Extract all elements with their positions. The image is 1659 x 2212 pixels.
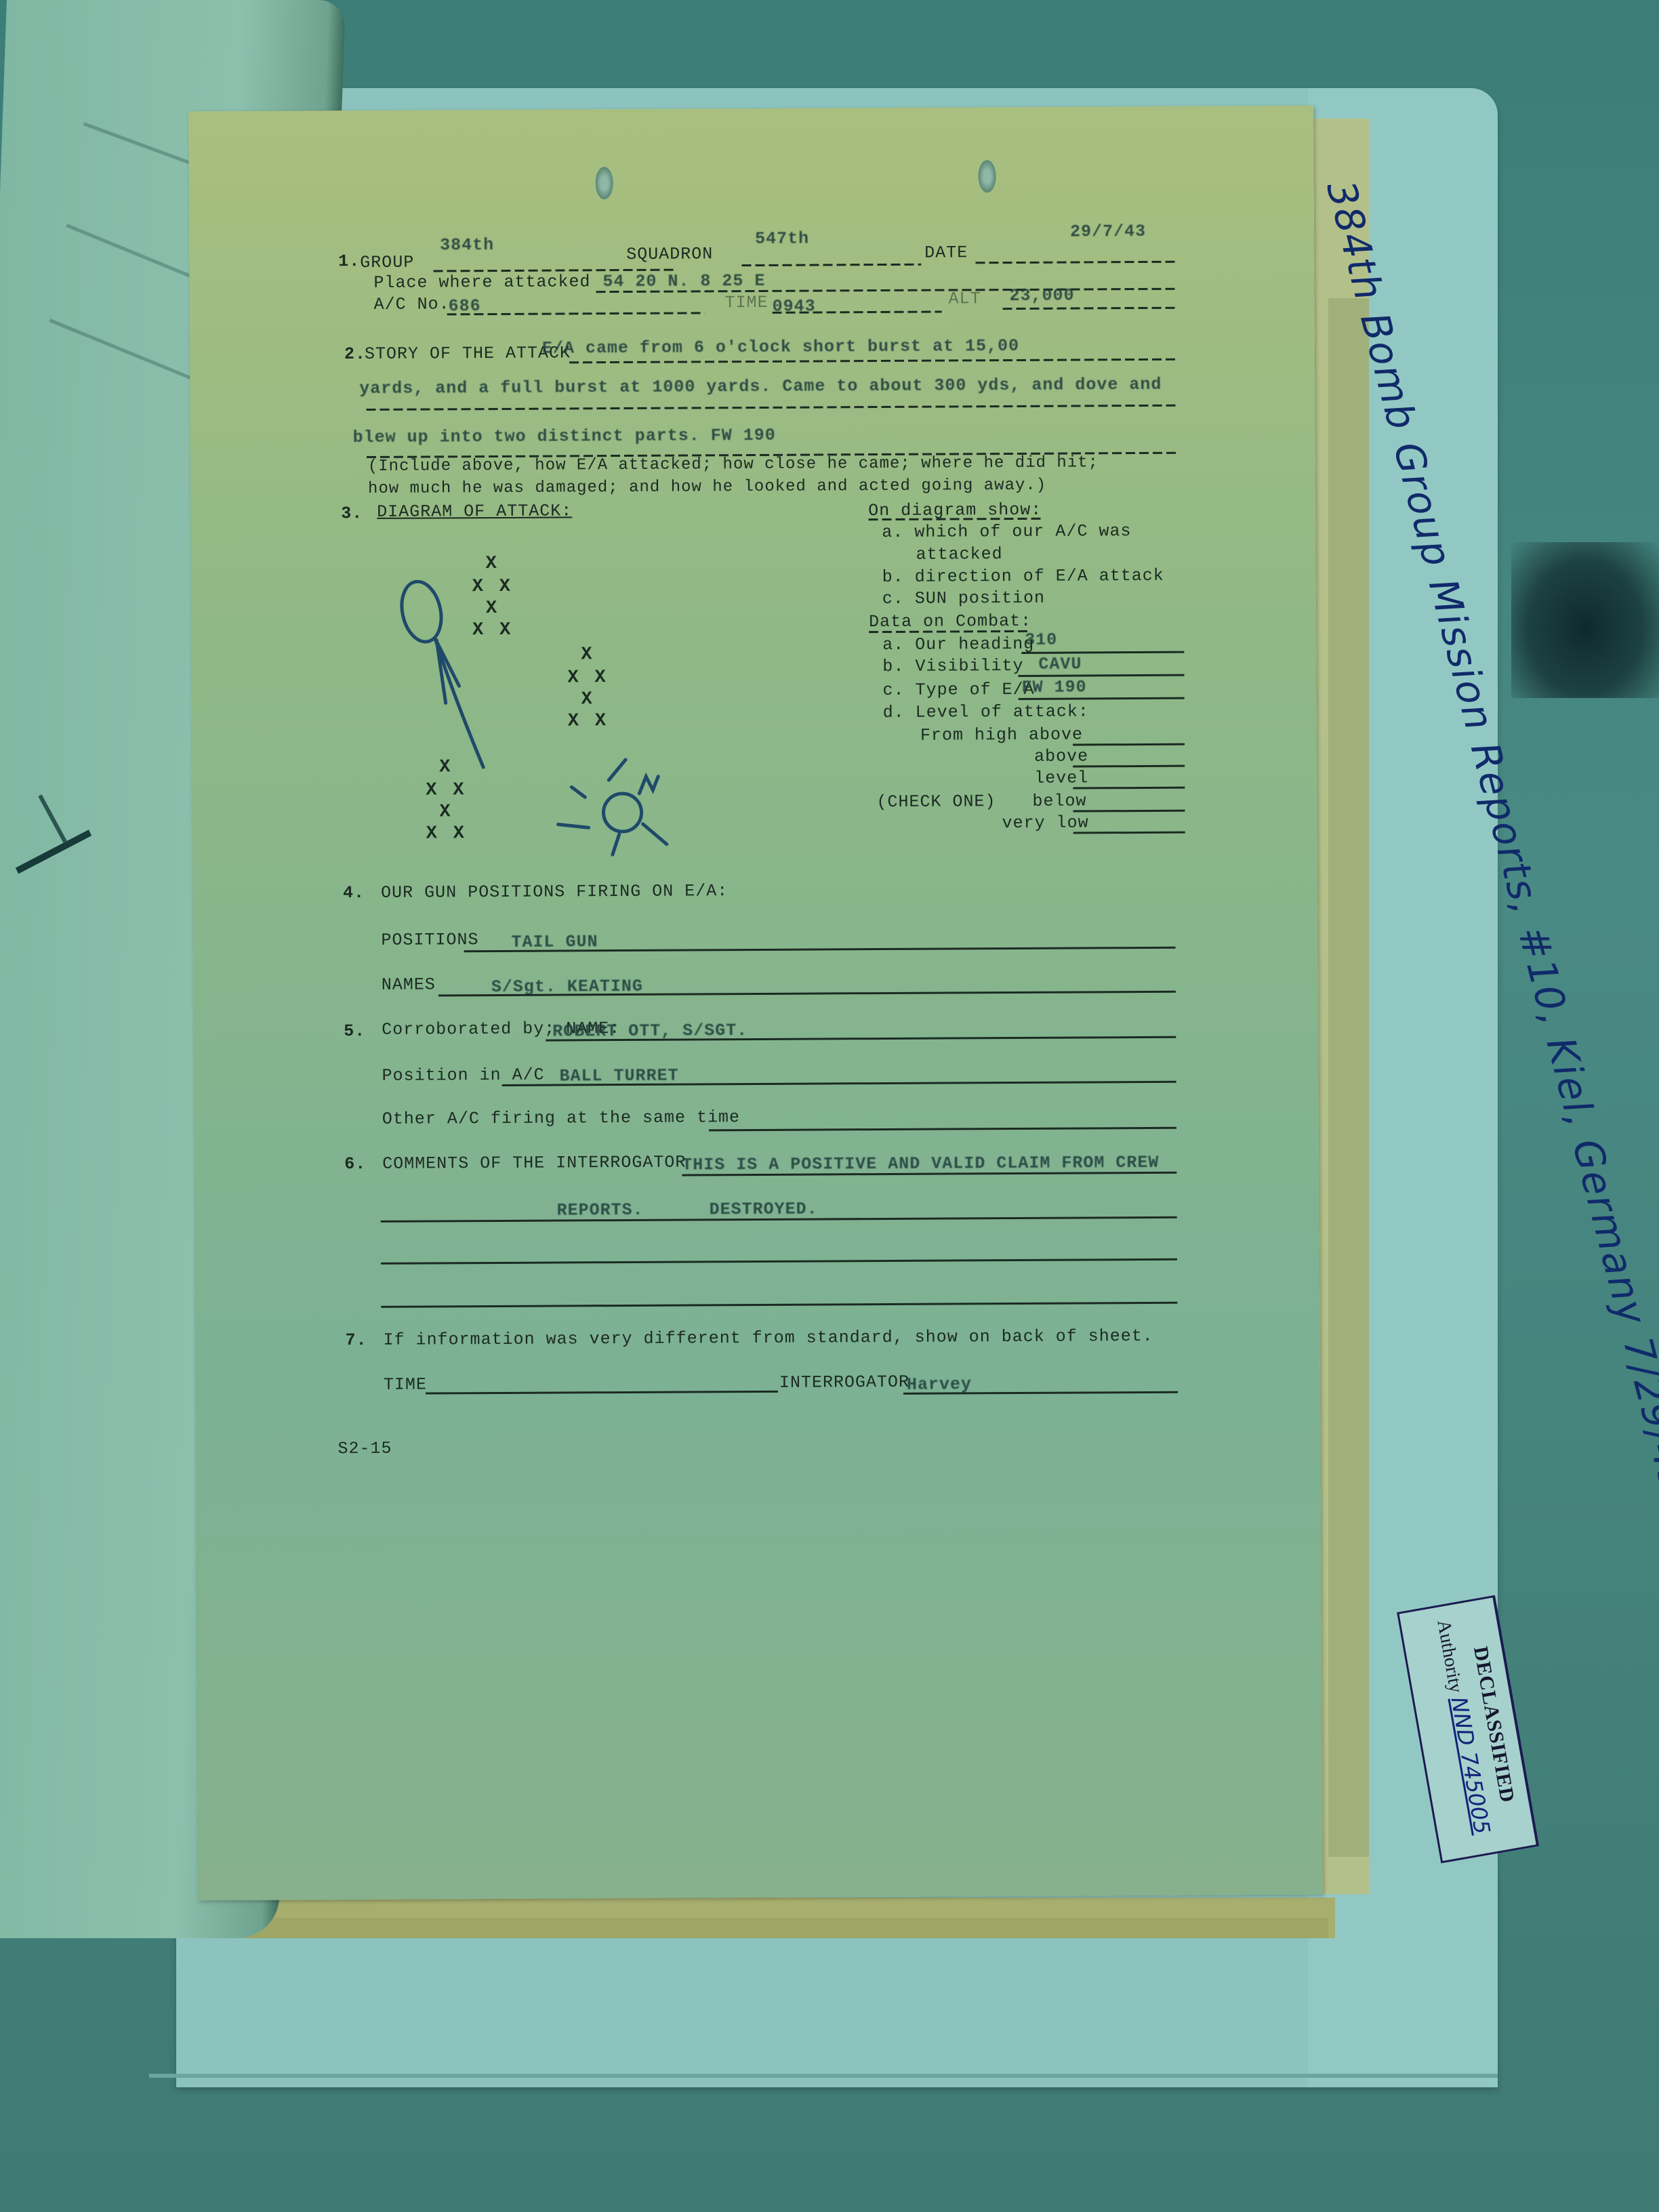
ea-type-value: FW 190 xyxy=(1021,677,1086,697)
diagram-item-a: a. which of our A/C was xyxy=(882,521,1131,542)
altitude-label: ALT xyxy=(948,289,981,308)
section-6-number: 6. xyxy=(344,1154,366,1174)
punch-hole xyxy=(596,167,613,199)
level-option-level: level xyxy=(1034,768,1088,787)
altitude-value: 23,000 xyxy=(1009,286,1074,306)
story-line-1: E/A came from 6 o'clock short burst at 1… xyxy=(542,336,1019,359)
diagram-label: DIAGRAM OF ATTACK: xyxy=(377,501,572,522)
interrogator-value: Harvey xyxy=(907,1374,972,1395)
visibility-value: CAVU xyxy=(1038,654,1082,674)
diagram-item-a-cont: attacked xyxy=(916,544,1002,565)
heading-label: a. Our heading xyxy=(882,634,1034,655)
story-line-3: blew up into two distinct parts. FW 190 xyxy=(353,426,776,447)
formation-aircraft-mark: X xyxy=(453,823,464,844)
cloth-stripe xyxy=(1511,542,1659,698)
heading-value: 310 xyxy=(1025,630,1057,650)
diagram-item-b: b. direction of E/A attack xyxy=(882,566,1164,587)
folder-edge xyxy=(149,2074,1498,2078)
section-1-number: 1. xyxy=(338,251,360,271)
level-option-above: above xyxy=(1034,746,1088,766)
squadron-value: 547th xyxy=(755,229,809,249)
formation-aircraft-mark: X xyxy=(439,802,450,822)
names-label: NAMES xyxy=(382,975,436,994)
date-label: DATE xyxy=(924,243,968,262)
squadron-label: SQUADRON xyxy=(626,244,713,264)
authority-label: Authority xyxy=(1433,1618,1466,1695)
level-option-below: below xyxy=(1032,791,1086,811)
formation-aircraft-mark: X xyxy=(581,689,592,710)
place-label: Place where attacked xyxy=(373,272,590,293)
place-value: 54 20 N. 8 25 E xyxy=(602,271,765,291)
formation-aircraft-mark: X xyxy=(499,577,510,597)
attack-direction-arrow xyxy=(435,638,483,767)
formation-aircraft-mark: X xyxy=(486,554,497,574)
interrogator-label: INTERROGATOR xyxy=(779,1372,909,1393)
positions-label: POSITIONS xyxy=(381,930,478,950)
formation-aircraft-mark: X xyxy=(567,668,578,688)
time-field-label: TIME xyxy=(384,1375,427,1395)
punch-hole xyxy=(978,160,996,192)
formation-aircraft-mark: X xyxy=(472,620,483,640)
level-label: d. Level of attack: xyxy=(883,701,1089,722)
formation-aircraft-mark: X xyxy=(472,577,483,597)
section-2-number: 2. xyxy=(344,344,366,364)
formation-aircraft-mark: X xyxy=(426,823,437,844)
section-7-number: 7. xyxy=(346,1330,367,1350)
story-instructions-1: (Include above, how E/A attacked; how cl… xyxy=(368,453,1099,476)
formation-aircraft-mark: X xyxy=(568,711,579,731)
section-7-text: If information was very different from s… xyxy=(384,1326,1153,1350)
formation-aircraft-mark: X xyxy=(453,780,464,800)
story-instructions-2: how much he was damaged; and how he look… xyxy=(368,476,1046,498)
level-option-very-low: very low xyxy=(1002,813,1089,833)
comments-label: COMMENTS OF THE INTERROGATOR xyxy=(382,1153,686,1174)
ac-number-label: A/C No. xyxy=(374,294,450,314)
formation-aircraft-mark: X xyxy=(426,780,436,800)
date-value: 29/7/43 xyxy=(1070,222,1146,242)
ea-type-label: c. Type of E/A xyxy=(883,680,1035,700)
gun-positions-label: OUR GUN POSITIONS FIRING ON E/A: xyxy=(381,881,728,903)
time-label: TIME xyxy=(725,293,769,312)
formation-aircraft-mark: X xyxy=(499,620,510,640)
story-label: STORY OF THE ATTACK xyxy=(365,343,571,364)
formation-aircraft-mark: X xyxy=(594,668,605,688)
group-value: 384th xyxy=(440,235,494,255)
formation-aircraft-mark: X xyxy=(439,757,450,777)
attacked-aircraft-circle xyxy=(396,578,447,646)
paper-stack-edge xyxy=(1328,298,1369,1857)
formation-aircraft-mark: X xyxy=(595,711,606,731)
check-one-note: (CHECK ONE) xyxy=(876,792,996,812)
formation-aircraft-mark: X xyxy=(486,598,497,619)
diagram-item-c: c. SUN position xyxy=(882,588,1045,609)
comments-line-2a: REPORTS. xyxy=(557,1200,644,1221)
form-id: S2-15 xyxy=(337,1439,392,1458)
sun-icon xyxy=(603,794,641,832)
position-in-ac-label: Position in A/C xyxy=(382,1065,544,1086)
formation-aircraft-mark: X xyxy=(581,644,592,665)
group-label: GROUP xyxy=(360,253,414,272)
other-ac-label: Other A/C firing at the same time xyxy=(382,1107,740,1129)
comments-line-2b: DESTROYED. xyxy=(710,1200,818,1220)
combat-header: Data on Combat: xyxy=(869,611,1031,632)
level-option-from-high-above: From high above xyxy=(920,724,1083,745)
visibility-label: b. Visibility xyxy=(882,656,1023,676)
section-4-number: 4. xyxy=(343,883,365,903)
section-5-number: 5. xyxy=(344,1021,365,1041)
story-line-2: yards, and a full burst at 1000 yards. C… xyxy=(359,375,1162,398)
section-3-number: 3. xyxy=(341,504,363,523)
paper-stack-bottom xyxy=(224,1918,1328,1938)
combat-report-form: 1. GROUP 384th SQUADRON 547th DATE 29/7/… xyxy=(188,106,1323,1901)
